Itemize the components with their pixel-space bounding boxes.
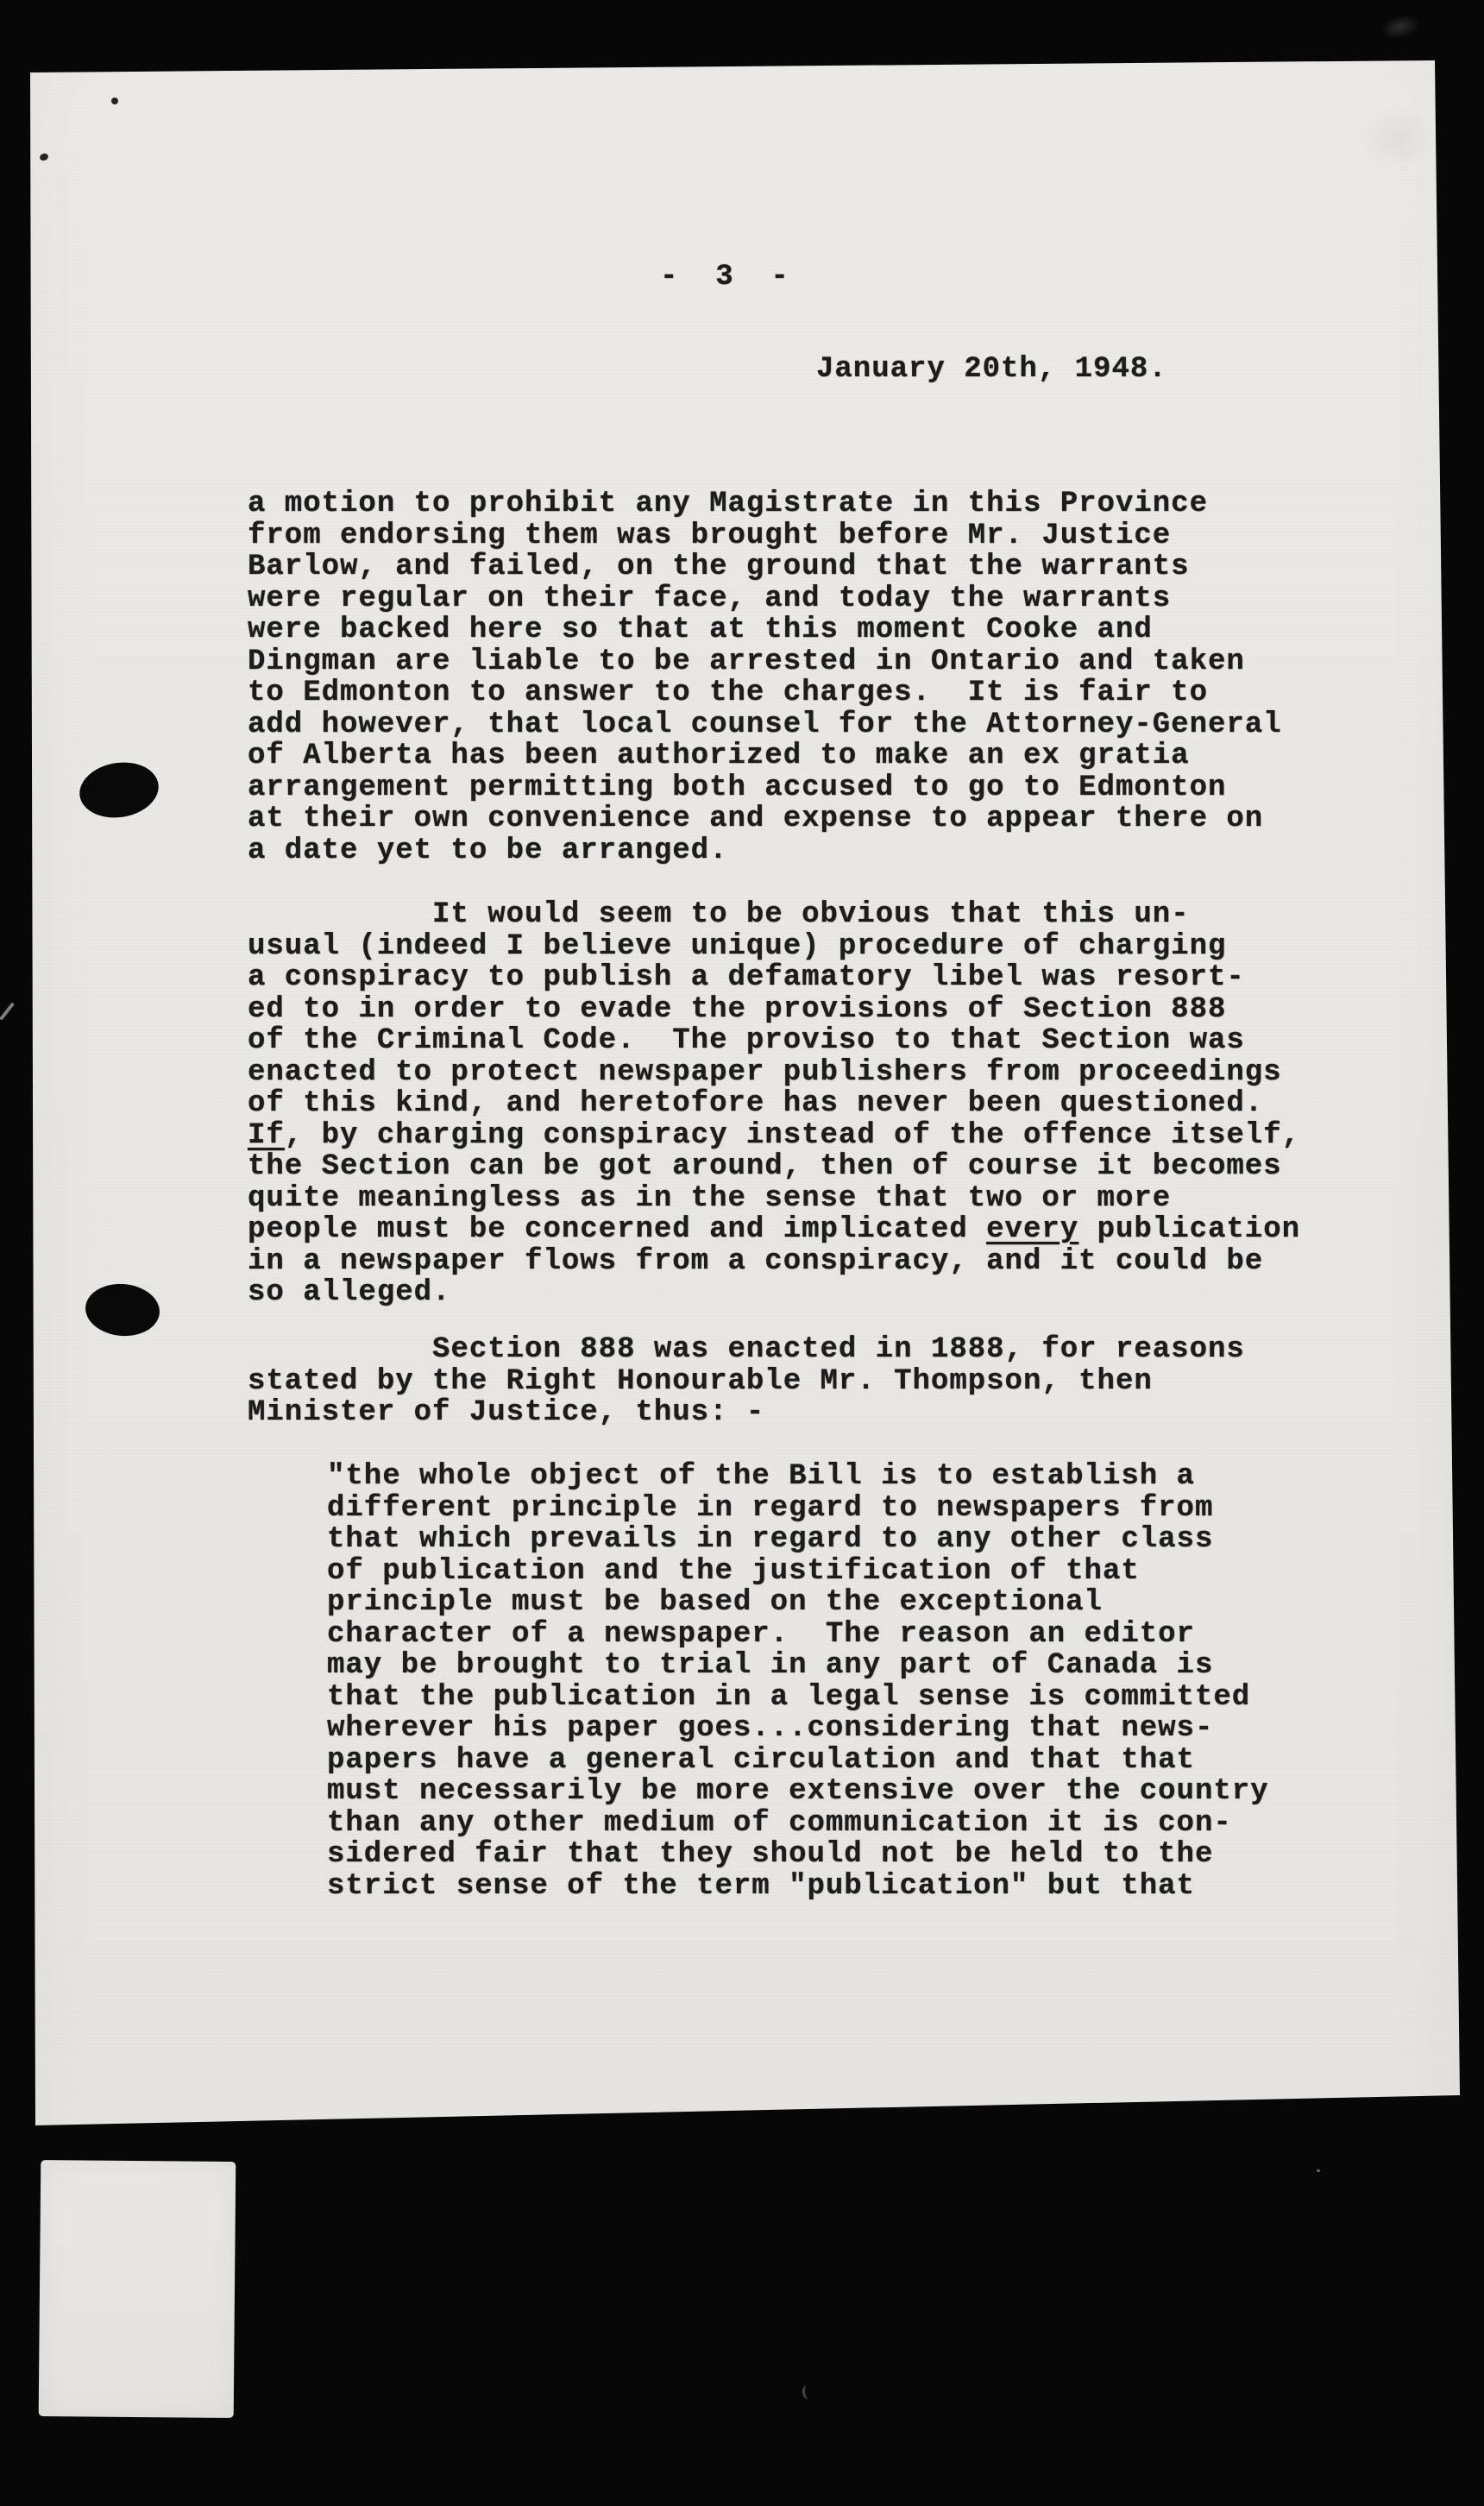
text-line: character of a newspaper. The reason an … bbox=[327, 1619, 1269, 1651]
text-line: a date yet to be arranged. bbox=[248, 835, 1282, 867]
text-line: different principle in regard to newspap… bbox=[327, 1493, 1269, 1525]
text-line: sidered fair that they should not be hel… bbox=[327, 1839, 1269, 1871]
text-line: ed to in order to evade the provisions o… bbox=[248, 994, 1300, 1026]
page-number: - 3 - bbox=[660, 261, 789, 293]
text-line: quite meaningless as in the sense that t… bbox=[248, 1183, 1300, 1215]
paper-stain bbox=[1359, 104, 1437, 173]
text-line: principle must be based on the exception… bbox=[327, 1587, 1269, 1619]
text-line: It would seem to be obvious that this un… bbox=[248, 899, 1300, 931]
text-line: to Edmonton to answer to the charges. It… bbox=[248, 677, 1282, 709]
paragraph-2: It would seem to be obvious that this un… bbox=[248, 899, 1300, 1309]
ink-speck bbox=[111, 98, 118, 104]
text-line: Dingman are liable to be arrested in Ont… bbox=[248, 646, 1282, 678]
scan-smudge bbox=[1378, 10, 1422, 42]
text-segment: people must be concerned and implicated bbox=[248, 1213, 986, 1246]
text-line: in a newspaper flows from a conspiracy, … bbox=[248, 1246, 1300, 1278]
text-line: at their own convenience and expense to … bbox=[248, 803, 1282, 835]
text-line: of the Criminal Code. The proviso to tha… bbox=[248, 1025, 1300, 1057]
text-line: usual (indeed I believe unique) procedur… bbox=[248, 931, 1300, 963]
text-line: arrangement permitting both accused to g… bbox=[248, 772, 1282, 804]
text-line: a conspiracy to publish a defamatory lib… bbox=[248, 962, 1300, 994]
text-line: were regular on their face, and today th… bbox=[248, 583, 1282, 615]
text-line: Barlow, and failed, on the ground that t… bbox=[248, 551, 1282, 583]
text-line: papers have a general circulation and th… bbox=[327, 1745, 1269, 1777]
text-line: enacted to protect newspaper publishers … bbox=[248, 1057, 1300, 1089]
text-line: of Alberta has been authorized to make a… bbox=[248, 740, 1282, 772]
text-line: may be brought to trial in any part of C… bbox=[327, 1650, 1269, 1682]
dust-mark bbox=[1317, 2169, 1320, 2172]
dust-mark bbox=[802, 2384, 814, 2400]
text-line: stated by the Right Honourable Mr. Thomp… bbox=[248, 1366, 1245, 1398]
text-line: Minister of Justice, thus: - bbox=[248, 1397, 1245, 1429]
paragraph-1: a motion to prohibit any Magistrate in t… bbox=[248, 488, 1282, 866]
text-line: from endorsing them was brought before M… bbox=[248, 520, 1282, 552]
text-line: wherever his paper goes...considering th… bbox=[327, 1713, 1269, 1745]
text-line: Section 888 was enacted in 1888, for rea… bbox=[248, 1334, 1245, 1366]
scratch-mark bbox=[0, 1002, 15, 1020]
text-line: people must be concerned and implicated … bbox=[248, 1214, 1300, 1246]
text-line: that which prevails in regard to any oth… bbox=[327, 1524, 1269, 1556]
text-line: "the whole object of the Bill is to esta… bbox=[327, 1461, 1269, 1493]
text-line: of this kind, and heretofore has never b… bbox=[248, 1088, 1300, 1120]
scanned-photostat: - 3 - January 20th, 1948. a motion to pr… bbox=[0, 0, 1484, 2506]
underlined-word: If bbox=[248, 1119, 285, 1152]
text-segment: , by charging conspiracy instead of the … bbox=[285, 1119, 1300, 1152]
text-line: If, by charging conspiracy instead of th… bbox=[248, 1120, 1300, 1152]
paper-fragment bbox=[39, 2160, 236, 2418]
text-line: the Section can be got around, then of c… bbox=[248, 1151, 1300, 1183]
text-line: of publication and the justification of … bbox=[327, 1556, 1269, 1588]
paragraph-3: Section 888 was enacted in 1888, for rea… bbox=[248, 1334, 1245, 1429]
text-line: add however, that local counsel for the … bbox=[248, 709, 1282, 741]
underlined-word: every bbox=[986, 1213, 1078, 1246]
text-line: were backed here so that at this moment … bbox=[248, 614, 1282, 646]
text-line: that the publication in a legal sense is… bbox=[327, 1682, 1269, 1714]
text-line: than any other medium of communication i… bbox=[327, 1808, 1269, 1840]
date-line: January 20th, 1948. bbox=[816, 354, 1167, 386]
text-line: a motion to prohibit any Magistrate in t… bbox=[248, 488, 1282, 520]
text-line: so alleged. bbox=[248, 1277, 1300, 1309]
text-line: must necessarily be more extensive over … bbox=[327, 1776, 1269, 1808]
quotation-block: "the whole object of the Bill is to esta… bbox=[327, 1461, 1269, 1902]
text-segment: publication bbox=[1078, 1213, 1300, 1246]
text-line: strict sense of the term "publication" b… bbox=[327, 1871, 1269, 1903]
